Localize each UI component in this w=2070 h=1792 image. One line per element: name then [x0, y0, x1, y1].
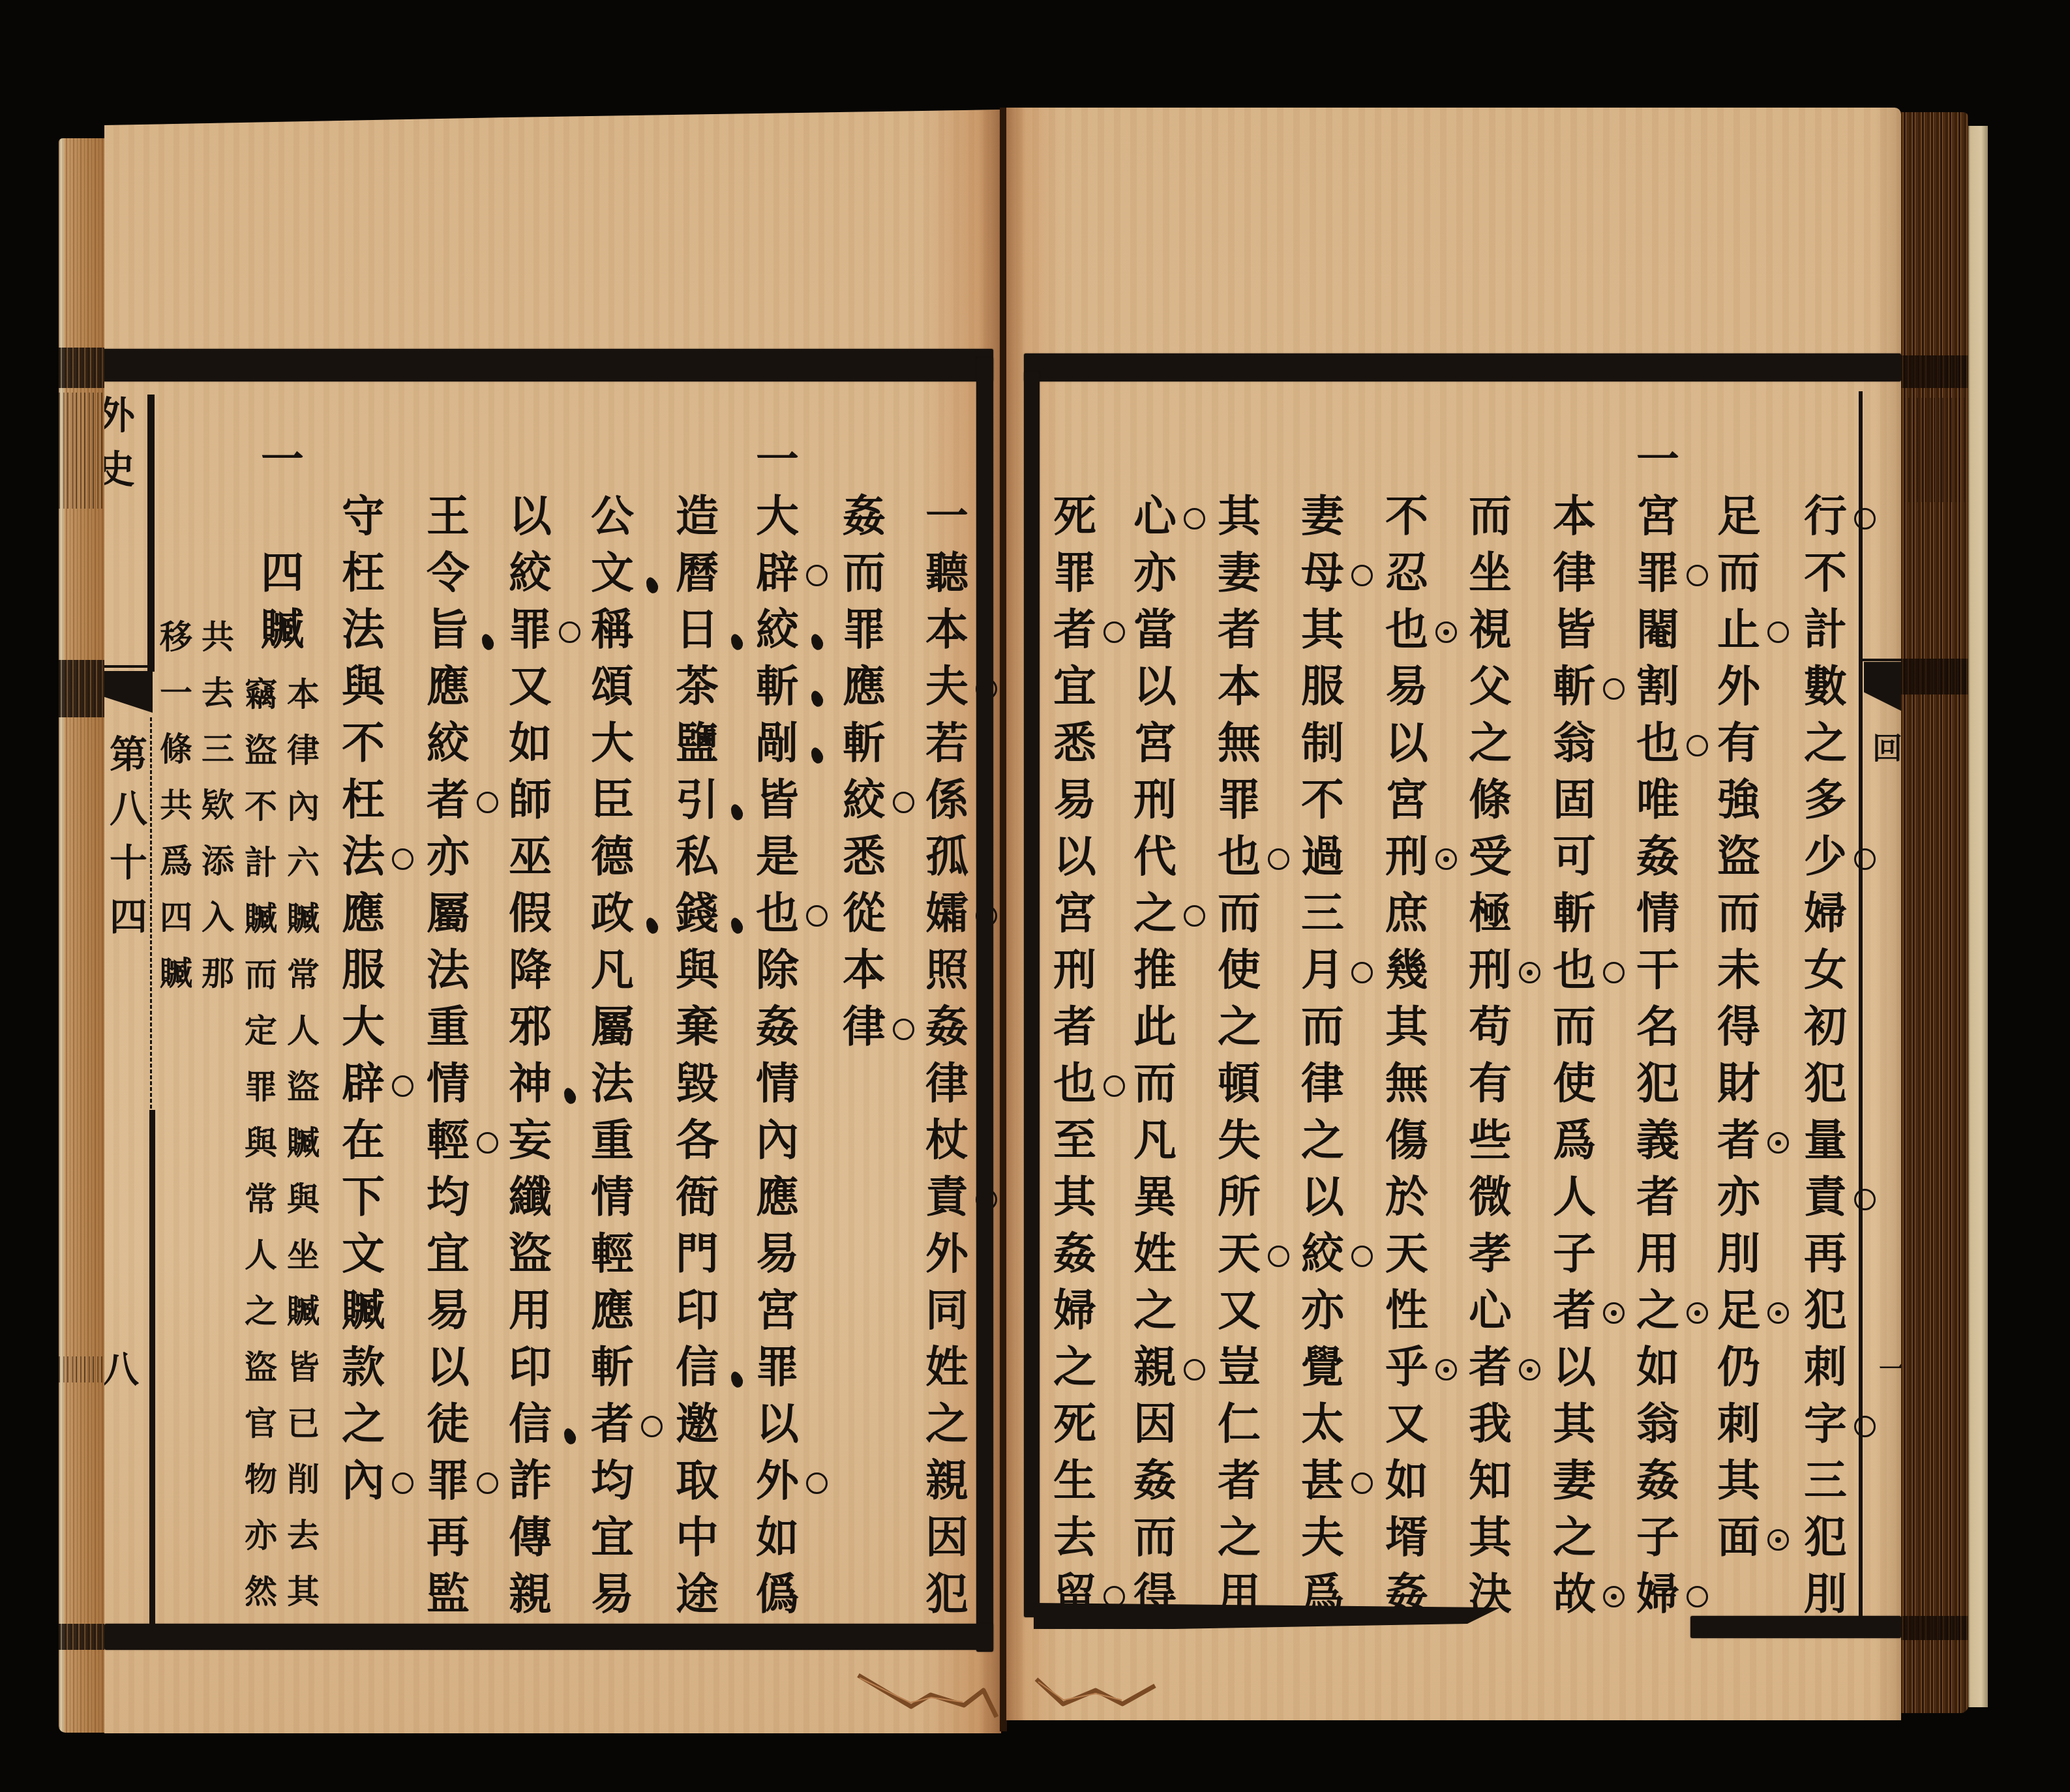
glyph: 與 — [671, 942, 723, 998]
glyph: 大 — [751, 488, 803, 545]
glyph: 大 — [337, 998, 389, 1055]
glyph: 至 — [1049, 1112, 1101, 1169]
glyph: 律 — [1548, 545, 1600, 601]
glyph: 共 — [157, 777, 196, 833]
glyph: 死 — [1049, 488, 1101, 545]
glyph: 以 — [751, 1396, 803, 1452]
glyph: 絞○ — [1297, 1225, 1349, 1282]
right-page-edges — [1900, 112, 1968, 1713]
glyph: 刺 — [1799, 1339, 1852, 1396]
ink-bleed-fish-tail — [1900, 659, 1968, 694]
glyph: 妄 — [504, 1112, 556, 1169]
glyph: 常 — [284, 947, 323, 1003]
glyph: 贓 — [284, 1283, 323, 1339]
text-column: 而坐視父之條受極刑⊙苟有些微孝心者⊙我知其決 — [1464, 488, 1516, 1622]
glyph: 本 — [838, 942, 890, 998]
dot-circle-punctuation-mark: ⊙ — [1519, 962, 1540, 983]
glyph: 母○ — [1297, 545, 1349, 601]
glyph: 印 — [671, 1282, 723, 1339]
glyph: 之 — [921, 1396, 973, 1452]
glyph: 令 — [422, 545, 474, 601]
glyph: 使 — [1548, 1055, 1600, 1112]
glyph: 德 — [586, 828, 638, 885]
glyph: 屬 — [586, 998, 638, 1055]
glyph: 之 — [1297, 1112, 1349, 1169]
glyph: 孀○ — [921, 885, 973, 942]
glyph: 制 — [1297, 715, 1349, 771]
glyph: 於 — [1381, 1169, 1433, 1225]
glyph: 徒 — [422, 1396, 474, 1452]
glyph: 也○ — [1049, 1055, 1101, 1112]
glyph: 坐 — [1464, 545, 1516, 601]
glyph: 義 — [1632, 1112, 1684, 1169]
text-column: 公文、稱頌大臣德政、凡屬法重情輕應斬者○均宜易 — [586, 488, 638, 1622]
glyph: 監 — [422, 1566, 474, 1622]
glyph: 坐 — [284, 1227, 323, 1283]
glyph: 情 — [751, 1055, 803, 1112]
glyph: 閹 — [1632, 601, 1684, 658]
glyph: 應 — [337, 885, 389, 942]
glyph: 應 — [838, 658, 890, 715]
glyph: 凡 — [586, 942, 638, 998]
pause-punctuation-mark: 、 — [643, 916, 661, 935]
glyph: 不 — [241, 779, 280, 835]
glyph: 外 — [1713, 658, 1765, 715]
glyph: 內 — [751, 1112, 803, 1169]
pause-punctuation-mark: 、 — [479, 632, 496, 651]
circle-punctuation-mark: ○ — [1351, 1246, 1373, 1267]
glyph: 其 — [1049, 1169, 1101, 1225]
glyph: 翁 — [1548, 715, 1600, 771]
glyph: 造 — [671, 488, 723, 545]
glyph: 罪 — [838, 601, 890, 658]
glyph: 天○ — [1213, 1225, 1265, 1282]
glyph: 干 — [1632, 942, 1684, 998]
glyph: 而 — [241, 947, 280, 1003]
glyph: 邀 — [671, 1396, 723, 1452]
glyph: 此 — [1129, 998, 1181, 1055]
text-column: 行○不計數之多少○婦女初犯量責○再犯刺字○三犯刖 — [1799, 488, 1852, 1622]
circle-punctuation-mark: ○ — [893, 1019, 914, 1040]
dot-circle-punctuation-mark: ⊙ — [1435, 848, 1457, 870]
glyph: 欵 — [198, 777, 237, 833]
glyph: 辟○ — [751, 545, 803, 601]
glyph: 刺 — [1713, 1396, 1765, 1452]
glyph: 盜 — [1713, 828, 1765, 885]
text-column: 造曆日、茶鹽引、私錢、與棄毀各衙門印信、邀取中途 — [671, 488, 723, 1622]
glyph: 之 — [337, 1396, 389, 1452]
glyph: 移 — [157, 609, 196, 665]
glyph: 人 — [241, 1227, 280, 1283]
glyph: 孝 — [1464, 1225, 1516, 1282]
circle-punctuation-mark: ○ — [1351, 565, 1373, 586]
glyph: 足 — [1713, 488, 1765, 545]
circle-punctuation-mark: ○ — [1854, 1416, 1876, 1437]
glyph: 乎⊙ — [1381, 1339, 1433, 1396]
glyph: 不 — [1297, 771, 1349, 828]
glyph: 宮 — [1632, 488, 1684, 545]
dot-circle-punctuation-mark: ⊙ — [1603, 1302, 1625, 1324]
interlinear-note-column: 共去三欵添入那 — [198, 609, 237, 1002]
margin-chapter-fragment: 回 — [1871, 730, 1901, 766]
glyph: 一 — [256, 431, 308, 488]
glyph: 子 — [1548, 1225, 1600, 1282]
glyph: 也○ — [751, 885, 803, 942]
glyph: 翁 — [1632, 1396, 1684, 1452]
glyph: 罪○ — [504, 601, 556, 658]
margin-chapter-number: 第八十四 — [106, 728, 151, 944]
glyph: 亦 — [1297, 1282, 1349, 1339]
frame-top-rule — [104, 349, 993, 381]
circle-punctuation-mark: ○ — [1268, 1246, 1289, 1267]
glyph: 姦 — [921, 998, 973, 1055]
glyph: 孤 — [921, 828, 973, 885]
glyph: 而 — [1297, 998, 1349, 1055]
glyph: 罪 — [241, 1059, 280, 1115]
circle-punctuation-mark: ○ — [392, 1075, 413, 1097]
glyph: 剮、 — [751, 715, 803, 771]
text-column: 足而止○外有強盜而未得財者⊙亦刖足⊙仍刺其面⊙ — [1713, 488, 1765, 1566]
margin-divider-dashed — [150, 717, 152, 1109]
glyph: 皆 — [284, 1339, 323, 1396]
glyph: 從 — [838, 885, 890, 942]
glyph: 絞 — [504, 545, 556, 601]
glyph: 曆 — [671, 545, 723, 601]
glyph: 者⊙ — [1713, 1112, 1765, 1169]
glyph: 本 — [1213, 658, 1265, 715]
margin-divider-line — [104, 665, 155, 668]
glyph: 固 — [1548, 771, 1600, 828]
circle-punctuation-mark: ○ — [806, 1472, 828, 1494]
glyph — [256, 488, 308, 545]
glyph: 服 — [337, 942, 389, 998]
text-column: 守枉法與不枉法○應服大辟○在下文贓款之內○ — [337, 488, 389, 1509]
glyph: 本 — [284, 666, 323, 723]
text-column: 一聽本夫○若係孤孀○照姦律杖責○外同姓之親因犯 — [921, 488, 973, 1622]
glyph: 者⊙ — [1464, 1339, 1516, 1396]
glyph: 條 — [157, 721, 196, 777]
glyph: 鹽 — [671, 715, 723, 771]
glyph: 如 — [504, 715, 556, 771]
glyph: 法 — [586, 1055, 638, 1112]
pause-punctuation-mark: 、 — [728, 1369, 745, 1389]
glyph: 之 — [1799, 715, 1852, 771]
glyph: 去 — [284, 1508, 323, 1564]
glyph: 苟 — [1464, 998, 1516, 1055]
text-column: 王令旨、應絞者○亦屬法重情輕○均宜易以徒罪○再監 — [422, 488, 474, 1622]
ink-bleed-bottom-rule — [59, 1624, 106, 1650]
circle-punctuation-mark: ○ — [1268, 848, 1289, 870]
glyph: 用 — [504, 1282, 556, 1339]
glyph: 三 — [1297, 885, 1349, 942]
glyph: 女 — [1799, 942, 1852, 998]
glyph: 應 — [422, 658, 474, 715]
glyph: 與 — [337, 658, 389, 715]
glyph: 姦 — [1049, 1225, 1101, 1282]
glyph: 者○ — [1049, 601, 1101, 658]
glyph: 其 — [284, 1564, 323, 1620]
glyph: 得 — [1713, 998, 1765, 1055]
glyph: 文 — [337, 1225, 389, 1282]
glyph: 失 — [1213, 1112, 1265, 1169]
glyph: 月○ — [1297, 942, 1349, 998]
glyph: 止○ — [1713, 601, 1765, 658]
glyph: 因 — [921, 1509, 973, 1566]
glyph: 悉 — [1049, 715, 1101, 771]
glyph: 守 — [337, 488, 389, 545]
text-column-item: 一大辟○絞、斬、剮、皆是也○除姦情內應易宮罪以外○如僞 — [751, 431, 803, 1622]
glyph: 旨、 — [422, 601, 474, 658]
glyph: 妻 — [1213, 545, 1265, 601]
glyph: 可 — [1548, 828, 1600, 885]
pause-punctuation-mark: 、 — [728, 916, 745, 935]
glyph: 再 — [1799, 1225, 1852, 1282]
glyph: 宮 — [1129, 715, 1181, 771]
glyph: 犯 — [1799, 1282, 1852, 1339]
glyph: 已 — [284, 1396, 323, 1452]
glyph: 頌 — [586, 658, 638, 715]
glyph: 庶 — [1381, 885, 1433, 942]
glyph: 者○ — [586, 1396, 638, 1452]
glyph: 生 — [1049, 1452, 1101, 1509]
glyph: 宜 — [1049, 658, 1101, 715]
pause-punctuation-mark: 、 — [808, 689, 826, 708]
glyph: 以 — [1129, 658, 1181, 715]
glyph: 犯 — [1799, 1055, 1852, 1112]
glyph: 計 — [241, 835, 280, 891]
glyph: 刑 — [1049, 942, 1101, 998]
glyph: 贓 — [256, 601, 308, 658]
glyph: 姦 — [1632, 1452, 1684, 1509]
glyph: 四 — [157, 889, 196, 946]
circle-punctuation-mark: ○ — [1184, 1359, 1205, 1381]
glyph: 其 — [1548, 1396, 1600, 1452]
glyph: 又 — [1381, 1396, 1433, 1452]
circle-punctuation-mark: ○ — [1687, 565, 1708, 586]
glyph: 易 — [1381, 658, 1433, 715]
frame-bottom-rule-right — [1690, 1616, 1901, 1638]
glyph: 取 — [671, 1452, 723, 1509]
circle-punctuation-mark: ○ — [893, 792, 914, 813]
glyph: 極 — [1464, 885, 1516, 942]
glyph: 律 — [284, 723, 323, 779]
glyph: 信、 — [504, 1396, 556, 1452]
glyph: 稱 — [586, 601, 638, 658]
glyph: 者 — [1213, 1452, 1265, 1509]
circle-punctuation-mark: ○ — [392, 848, 413, 870]
glyph: 不 — [337, 715, 389, 771]
glyph: 也⊙ — [1381, 601, 1433, 658]
frame-bottom-rule — [104, 1624, 993, 1650]
glyph: 應 — [586, 1282, 638, 1339]
glyph: 刑 — [1129, 771, 1181, 828]
ink-bleed-top-rule — [1900, 355, 1968, 388]
glyph: 刖 — [1799, 1566, 1852, 1622]
glyph: 三 — [198, 721, 237, 777]
glyph: 用 — [1632, 1225, 1684, 1282]
glyph: 也○ — [1548, 942, 1600, 998]
glyph: 王 — [422, 488, 474, 545]
glyph: 面⊙ — [1713, 1509, 1765, 1566]
glyph: 性 — [1381, 1282, 1433, 1339]
glyph: 其 — [1464, 1509, 1516, 1566]
glyph: 易 — [586, 1566, 638, 1622]
glyph: 罪 — [751, 1339, 803, 1396]
glyph: 如 — [1632, 1339, 1684, 1396]
glyph: 斬 — [586, 1339, 638, 1396]
glyph: 微 — [1464, 1169, 1516, 1225]
glyph: 之○ — [1129, 885, 1181, 942]
glyph: 異 — [1129, 1169, 1181, 1225]
glyph: 幾 — [1381, 942, 1433, 998]
glyph: 以 — [1049, 828, 1101, 885]
glyph: 盜 — [284, 1059, 323, 1115]
glyph: 故⊙ — [1548, 1566, 1600, 1622]
glyph: 私 — [671, 828, 723, 885]
frame-right-border — [976, 357, 993, 1652]
glyph: 數 — [1799, 658, 1852, 715]
fish-tail-mark — [1864, 662, 1901, 711]
glyph: 本 — [1548, 488, 1600, 545]
glyph: 者○ — [422, 771, 474, 828]
glyph: 足⊙ — [1713, 1282, 1765, 1339]
glyph: 宮 — [1381, 771, 1433, 828]
text-column: 心○亦當以宮刑代之○推此而凡異姓之親○因姦而得 — [1129, 488, 1181, 1622]
glyph: 財 — [1713, 1055, 1765, 1112]
section-heading-column: 一 四贓 — [256, 431, 308, 658]
glyph: 多 — [1799, 771, 1852, 828]
glyph: 四 — [256, 545, 308, 601]
dot-circle-punctuation-mark: ⊙ — [1687, 1302, 1708, 1324]
circle-punctuation-mark: ○ — [1103, 1075, 1125, 1097]
glyph: 知 — [1464, 1452, 1516, 1509]
glyph: 之⊙ — [1632, 1282, 1684, 1339]
glyph: 罪○ — [1632, 545, 1684, 601]
glyph: 罪 — [1049, 545, 1101, 601]
glyph: 添 — [198, 833, 237, 889]
glyph: 印 — [504, 1339, 556, 1396]
glyph: 易 — [751, 1225, 803, 1282]
glyph: 妻 — [1548, 1452, 1600, 1509]
glyph: 以 — [1381, 715, 1433, 771]
glyph: 一 — [751, 431, 803, 488]
glyph: 刑⊙ — [1381, 828, 1433, 885]
pause-punctuation-mark: 、 — [561, 1086, 578, 1105]
glyph: 盜 — [241, 1339, 280, 1396]
glyph: 然 — [241, 1564, 280, 1620]
glyph: 詐 — [504, 1452, 556, 1509]
glyph: 輕○ — [422, 1112, 474, 1169]
glyph: 斬○ — [1548, 658, 1600, 715]
glyph: 公 — [586, 488, 638, 545]
circle-punctuation-mark: ○ — [806, 905, 828, 927]
glyph: 妻 — [1297, 488, 1349, 545]
text-column-item: 一宮罪○閹割也○唯姦情干名犯義者用之⊙如翁姦子婦○ — [1632, 431, 1684, 1622]
glyph: 犯 — [1632, 1055, 1684, 1112]
frame-top-rule — [1024, 353, 1901, 381]
margin-divider-upper — [147, 395, 155, 672]
glyph: 與 — [241, 1115, 280, 1171]
glyph: 之 — [1548, 1509, 1600, 1566]
glyph: 也○ — [1213, 828, 1265, 885]
glyph: 忍 — [1381, 545, 1433, 601]
glyph: 是 — [751, 828, 803, 885]
glyph: 未 — [1713, 942, 1765, 998]
glyph: 之 — [1464, 715, 1516, 771]
glyph: 宜 — [422, 1225, 474, 1282]
fish-tail-mark — [104, 671, 153, 713]
glyph: 而 — [838, 545, 890, 601]
glyph: 豈 — [1213, 1339, 1265, 1396]
back-cover-edge — [1968, 126, 1988, 1707]
glyph: 而 — [1213, 885, 1265, 942]
glyph: 割 — [1632, 658, 1684, 715]
glyph: 假 — [504, 885, 556, 942]
glyph: 各 — [671, 1112, 723, 1169]
glyph: 法 — [337, 601, 389, 658]
glyph: 去 — [1049, 1509, 1101, 1566]
glyph: 巫 — [504, 828, 556, 885]
glyph: 皆 — [1548, 601, 1600, 658]
glyph: 中 — [671, 1509, 723, 1566]
glyph: 若 — [921, 715, 973, 771]
glyph: 姓 — [921, 1339, 973, 1396]
glyph: 之 — [241, 1283, 280, 1339]
glyph: 法 — [422, 942, 474, 998]
glyph: 引、 — [671, 771, 723, 828]
circle-punctuation-mark: ○ — [1184, 905, 1205, 927]
circle-punctuation-mark: ○ — [477, 1132, 498, 1154]
circle-punctuation-mark: ○ — [477, 1472, 498, 1494]
glyph: 竊 — [241, 666, 280, 723]
glyph: 內○ — [337, 1452, 389, 1509]
glyph: 者 — [1213, 601, 1265, 658]
circle-punctuation-mark: ○ — [1854, 848, 1876, 870]
glyph: 一 — [1632, 431, 1684, 488]
glyph: 責○ — [921, 1169, 973, 1225]
interlinear-note-column: 竊盜不計贓而定罪與常人之盜官物亦然 — [241, 666, 280, 1620]
dot-circle-punctuation-mark: ⊙ — [1767, 1132, 1789, 1154]
dot-circle-punctuation-mark: ⊙ — [1435, 621, 1457, 643]
left-page-edges — [59, 138, 106, 1733]
circle-punctuation-mark: ○ — [1767, 621, 1789, 643]
circle-punctuation-mark: ○ — [1854, 508, 1876, 530]
glyph: 之 — [1213, 1509, 1265, 1566]
glyph: 心○ — [1129, 488, 1181, 545]
glyph: 又 — [1213, 1282, 1265, 1339]
dot-circle-punctuation-mark: ⊙ — [1603, 1586, 1625, 1607]
glyph: 有 — [1464, 1055, 1516, 1112]
glyph: 僞 — [751, 1566, 803, 1622]
glyph: 甚○ — [1297, 1452, 1349, 1509]
glyph: 大 — [586, 715, 638, 771]
glyph: 六 — [284, 835, 323, 891]
margin-book-title: 外史 — [104, 389, 139, 497]
glyph: 以 — [422, 1339, 474, 1396]
glyph: 律○ — [838, 998, 890, 1055]
glyph: 犯 — [921, 1566, 973, 1622]
glyph: 應 — [751, 1169, 803, 1225]
glyph: 情 — [1632, 885, 1684, 942]
glyph: 入 — [198, 889, 237, 946]
glyph: 降 — [504, 942, 556, 998]
glyph: 易 — [1049, 771, 1101, 828]
glyph: 推 — [1129, 942, 1181, 998]
glyph: 爲 — [1548, 1112, 1600, 1169]
glyph: 少○ — [1799, 828, 1852, 885]
glyph: 仍 — [1713, 1339, 1765, 1396]
ink-bleed-title — [1900, 398, 1968, 502]
